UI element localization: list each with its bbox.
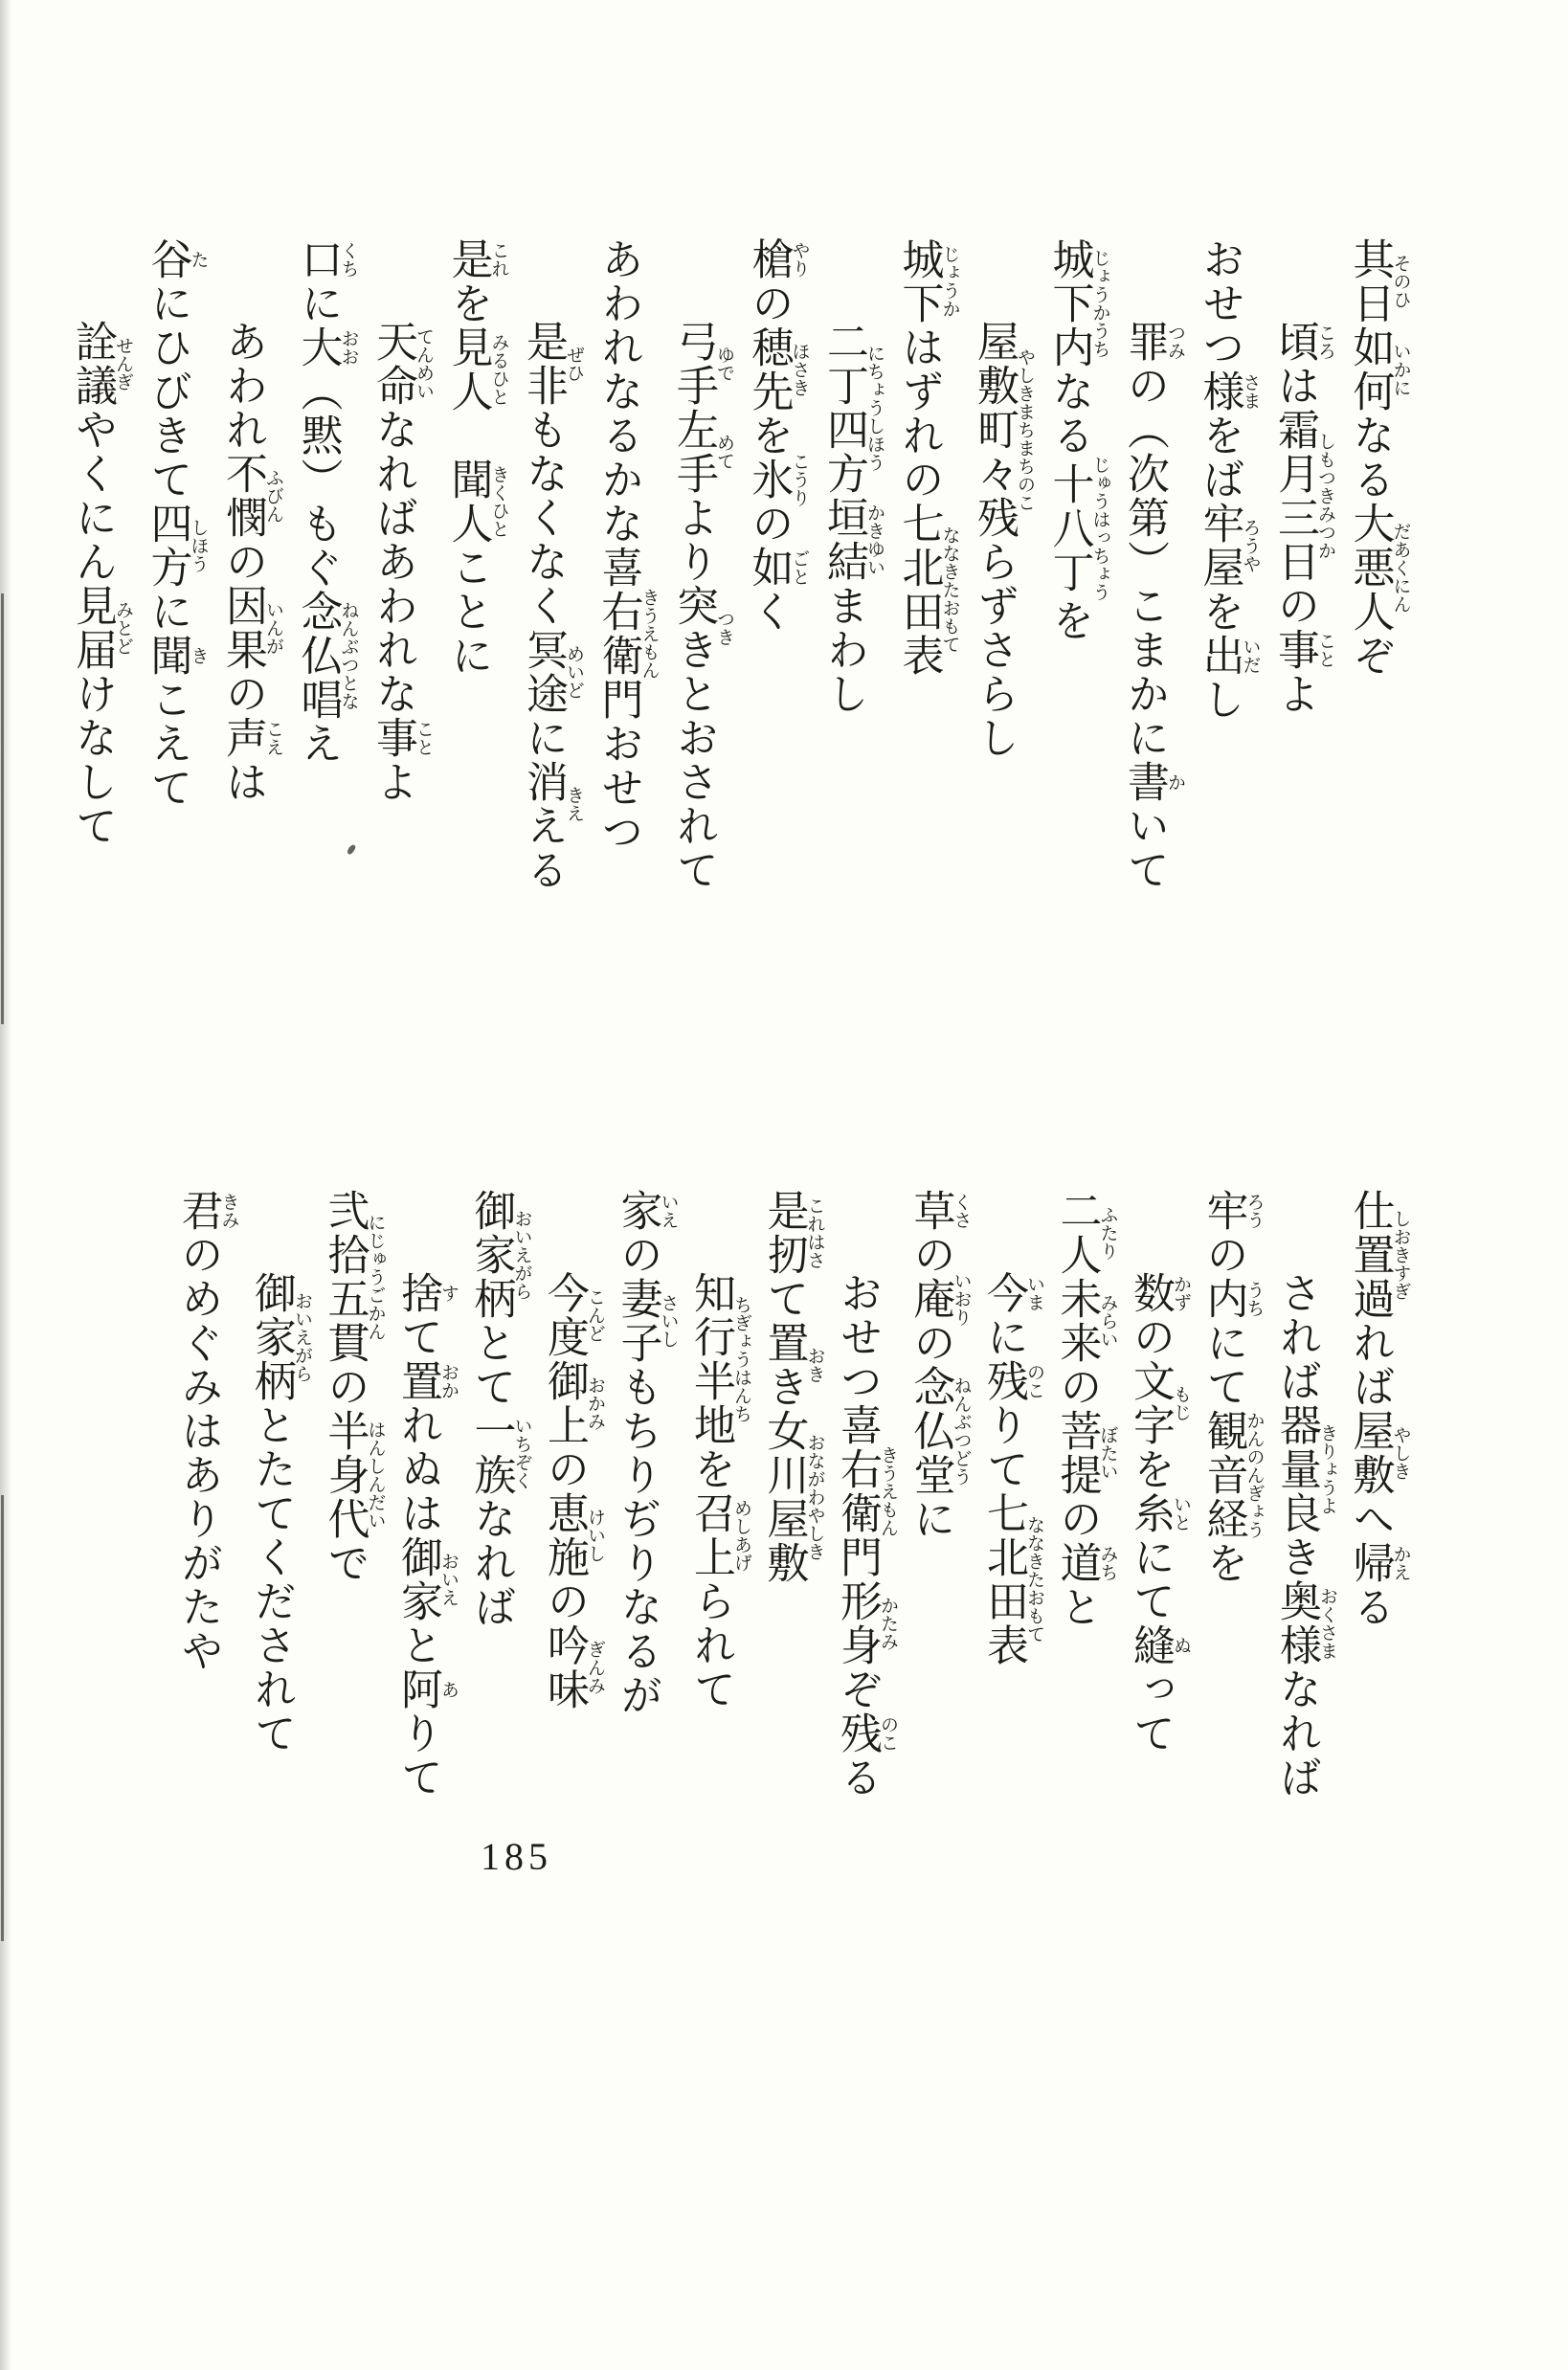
verse-column: あわれなるかな喜右衛門きうえもんおせつ	[584, 237, 660, 917]
verse-column: あわれ不憫ふびんの因果いんがの声こえは	[208, 237, 283, 917]
verse-column: 城下内じょうかうちなる十八丁じゅうはっちょうを	[1035, 237, 1110, 917]
verse-column: 二丁四方にちょうしほう垣結かきゆいまわし	[809, 237, 885, 917]
verse-column: おせつ様さまをば牢屋ろうやを出いだし	[1185, 237, 1261, 917]
scan-artifact-line	[1, 1495, 4, 1941]
verse-column: 城下じょうかはずれの七北田表ななきたおもて	[885, 237, 960, 917]
verse-column: 其日そのひ如何いかになる大悪人だあくにんぞ	[1335, 237, 1411, 917]
verse-column: 屋敷町々残やしきまちまちのこらずさらし	[959, 237, 1035, 917]
verse-column: 二人ふたり未来みらいの菩提ぼたいの道みちと	[1044, 1189, 1118, 1840]
verse-column: 仕置過しおきすぎれば屋敷やしきへ帰かえる	[1337, 1189, 1411, 1840]
verse-column: 草くさの庵いおりの念仏堂ねんぶつどうに	[898, 1189, 972, 1840]
page-number: 185	[481, 1834, 552, 1879]
verse-column: 弐拾五貫にじゅうごかんの半身代はんしんだいで	[312, 1189, 386, 1840]
verse-column: 弓手ゆで左手めてより突きつきとおされて	[659, 237, 734, 917]
verse-column: 数かずの文字もじを糸いとにて縫ぬって	[1117, 1189, 1191, 1840]
verse-column: 牢ろうの内うちにて観音経かんのんぎょうを	[1191, 1189, 1265, 1840]
verse-column: 是非ぜひもなくなく冥途めいどに消えきえる	[508, 237, 584, 917]
verse-column: されば器量良きりょうよき奥様おくさまなれば	[1264, 1189, 1337, 1840]
verse-block-bottom: 仕置過しおきすぎれば屋敷やしきへ帰かえるされば器量良きりょうよき奥様おくさまなれ…	[166, 1189, 1411, 1840]
verse-column: 是扨これはさて置きおき女川屋敷おながわやしき	[751, 1189, 825, 1840]
verse-column: 罪つみの（次第）こまかに書かいて	[1109, 237, 1185, 917]
verse-column: 家いえの妻子さいしもちりぢりなるが	[605, 1189, 679, 1840]
verse-column: 知行半地ちぎょうはんちを召上めしあげられて	[678, 1189, 751, 1840]
left-gutter-shadow	[0, 0, 11, 2370]
verse-column: 頃ころは霜月三日しもつきみつかの事ことよ	[1260, 237, 1335, 917]
verse-column: 槍やりの穂先ほさきを氷こうりの如ごとく	[734, 237, 810, 917]
verse-column: 君きみのめぐみはありがたや	[166, 1189, 239, 1840]
verse-column: 是これを見人みるひと 聞人きくひとことに	[434, 237, 509, 917]
scan-artifact-line	[1, 593, 4, 1024]
verse-column: 今度こんど御上おかみの恵施けいしの吟味ぎんみ	[531, 1189, 605, 1840]
verse-block-top: 其日そのひ如何いかになる大悪人だあくにんぞ頃ころは霜月三日しもつきみつかの事こと…	[57, 237, 1410, 917]
verse-column: 谷たにひびきて四方しほうに聞きこえて	[133, 237, 209, 917]
verse-column: 今いまに残のこりて七北田表ななきたおもて	[971, 1189, 1044, 1840]
verse-column: 御家柄おいえがらとて一族いちぞくなれば	[459, 1189, 532, 1840]
verse-column: おせつ喜右衛門きうえもん形身かたみぞ残のこる	[824, 1189, 898, 1840]
verse-column: 天命てんめいなればあわれな事ことよ	[358, 237, 434, 917]
verse-column: 御家柄おいえがらとたてくだされて	[238, 1189, 312, 1840]
verse-column: 詮議せんぎやくにん見届みとどけなして	[57, 237, 133, 917]
verse-column: 捨すて置おかれぬは御家おいえと阿ありて	[385, 1189, 459, 1840]
verse-column: 口くちに大おお（黙）もぐ念仏唱ねんぶつとなえ	[283, 237, 359, 917]
